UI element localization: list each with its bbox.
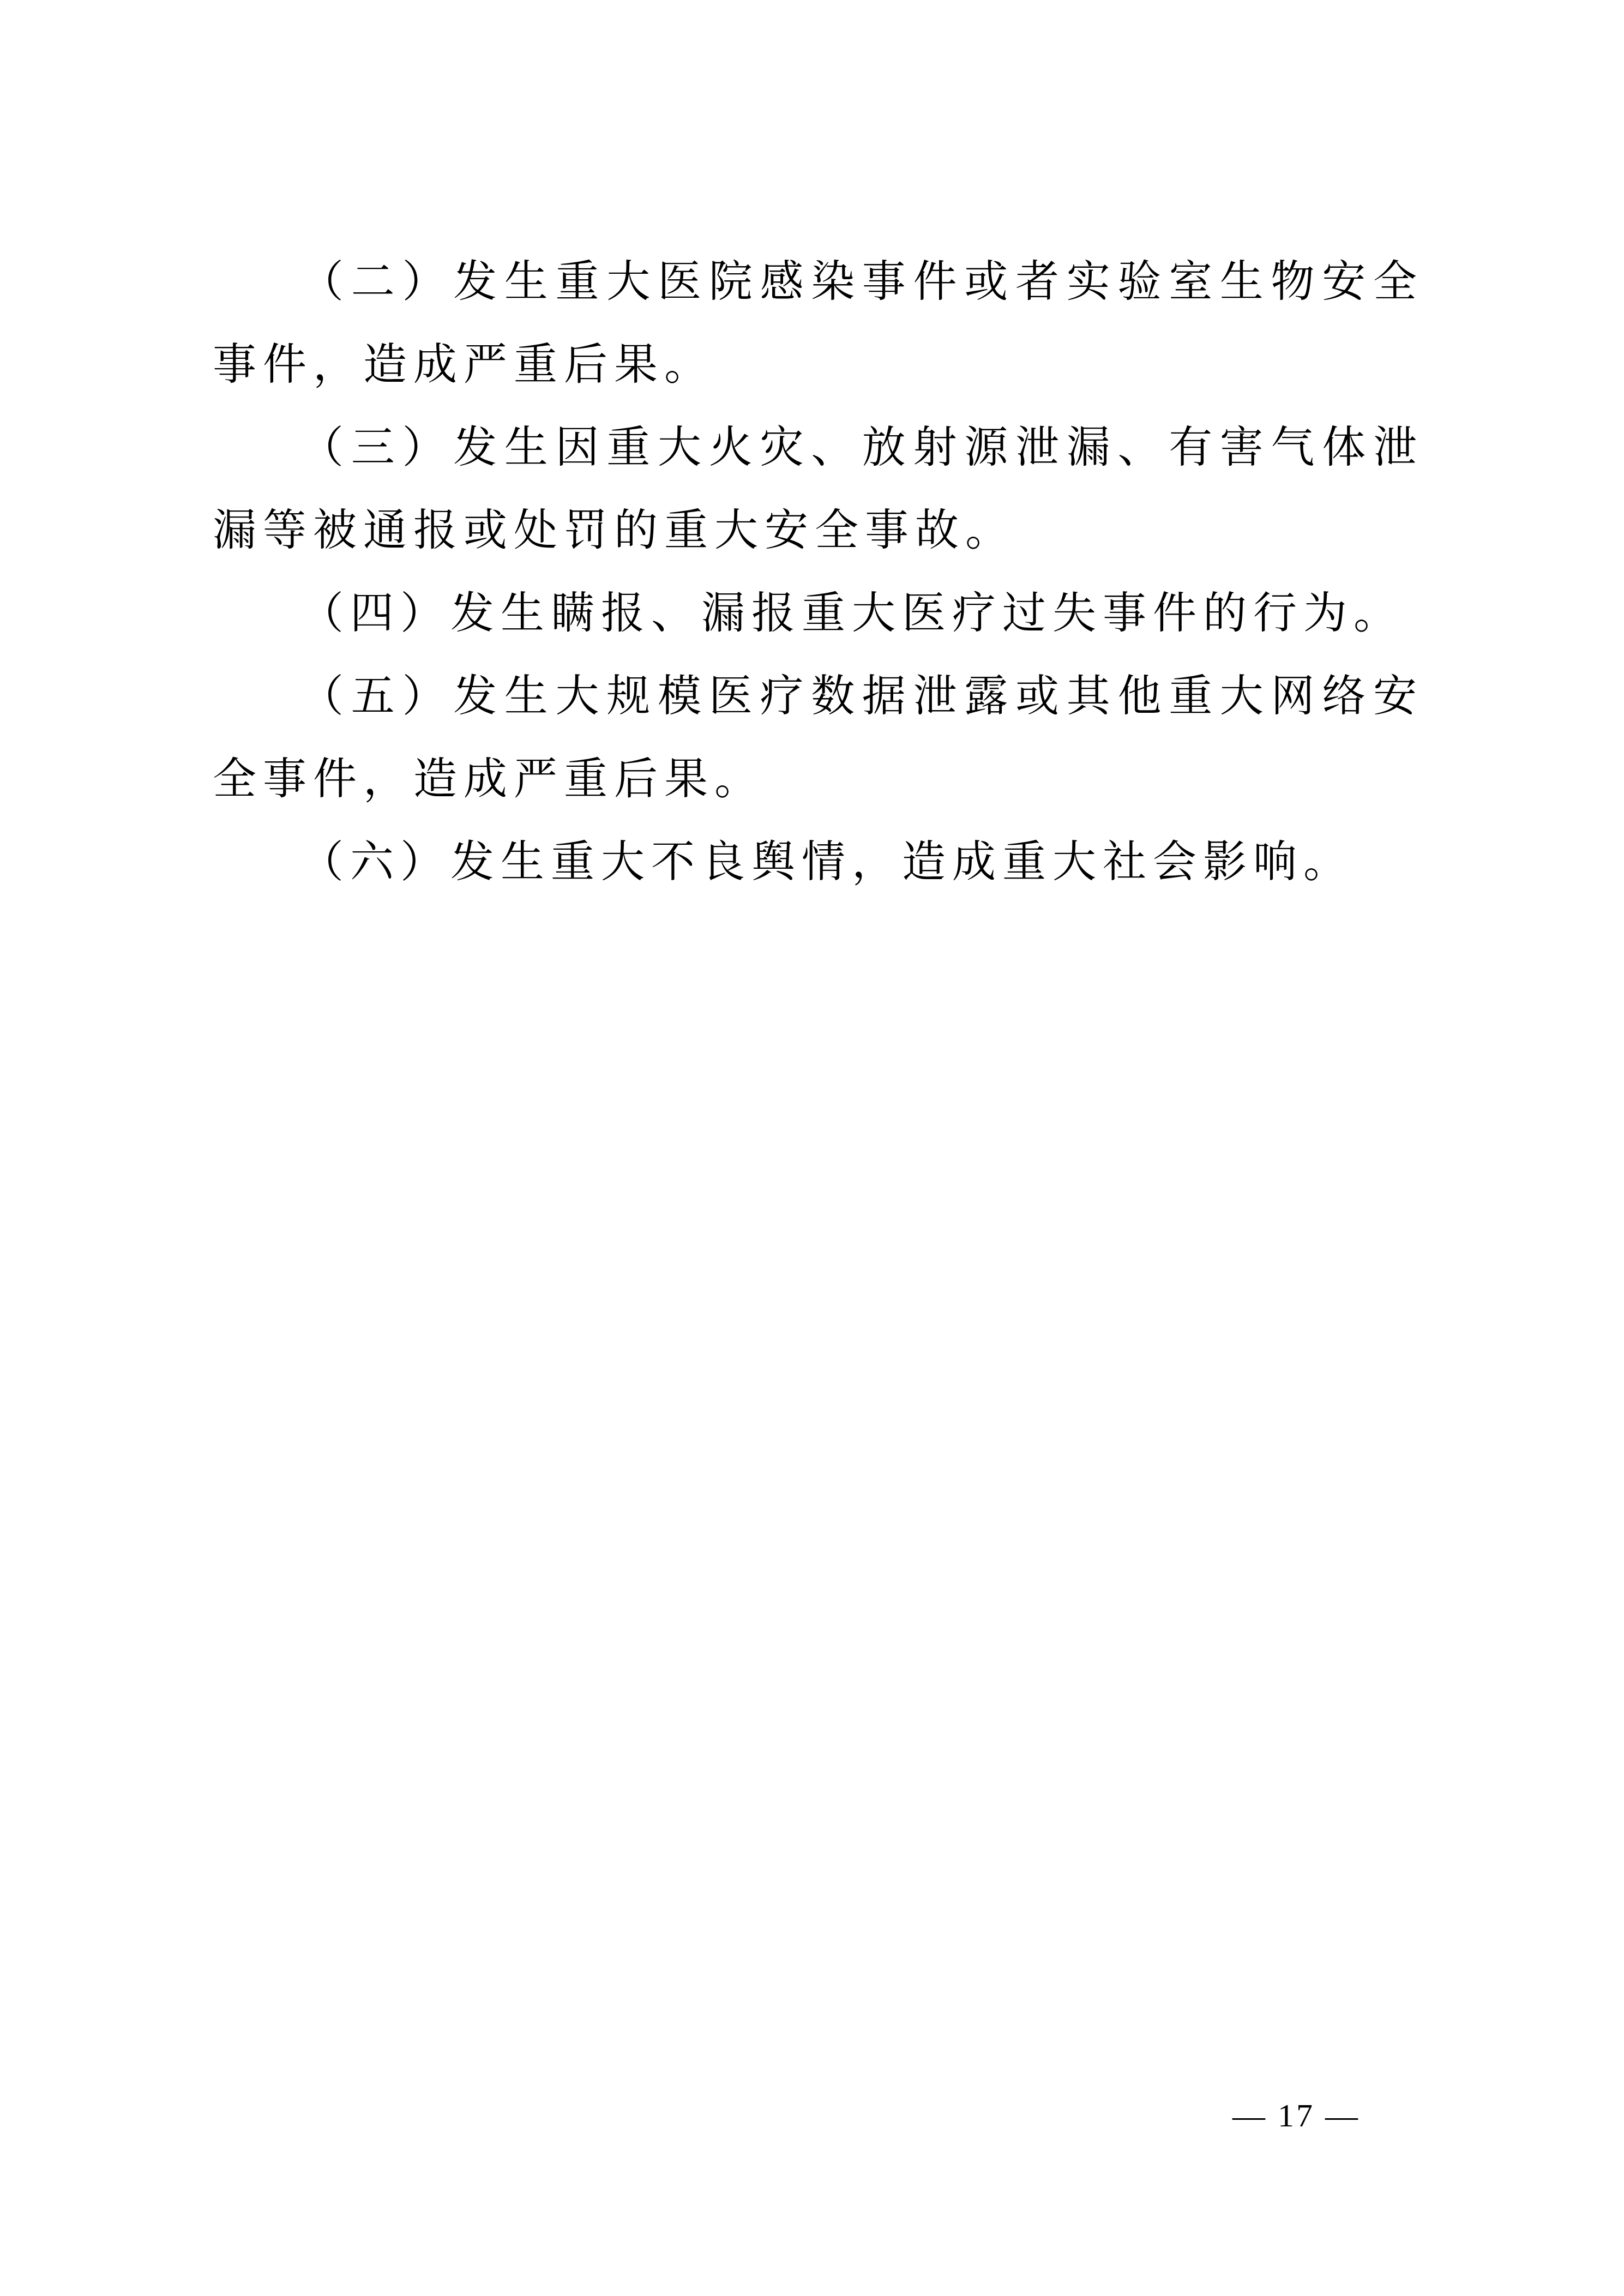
paragraph-item-3: （三）发生因重大火灾、放射源泄漏、有害气体泄漏等被通报或处罚的重大安全事故。	[213, 406, 1423, 572]
document-body: （二）发生重大医院感染事件或者实验室生物安全事件，造成严重后果。 （三）发生因重…	[213, 240, 1423, 903]
paragraph-item-2: （二）发生重大医院感染事件或者实验室生物安全事件，造成严重后果。	[213, 240, 1423, 406]
page-number: — 17 —	[1232, 2097, 1360, 2135]
paragraph-item-4: （四）发生瞒报、漏报重大医疗过失事件的行为。	[213, 572, 1423, 654]
paragraph-item-6: （六）发生重大不良舆情，造成重大社会影响。	[213, 820, 1423, 903]
paragraph-item-5: （五）发生大规模医疗数据泄露或其他重大网络安全事件，造成严重后果。	[213, 654, 1423, 820]
